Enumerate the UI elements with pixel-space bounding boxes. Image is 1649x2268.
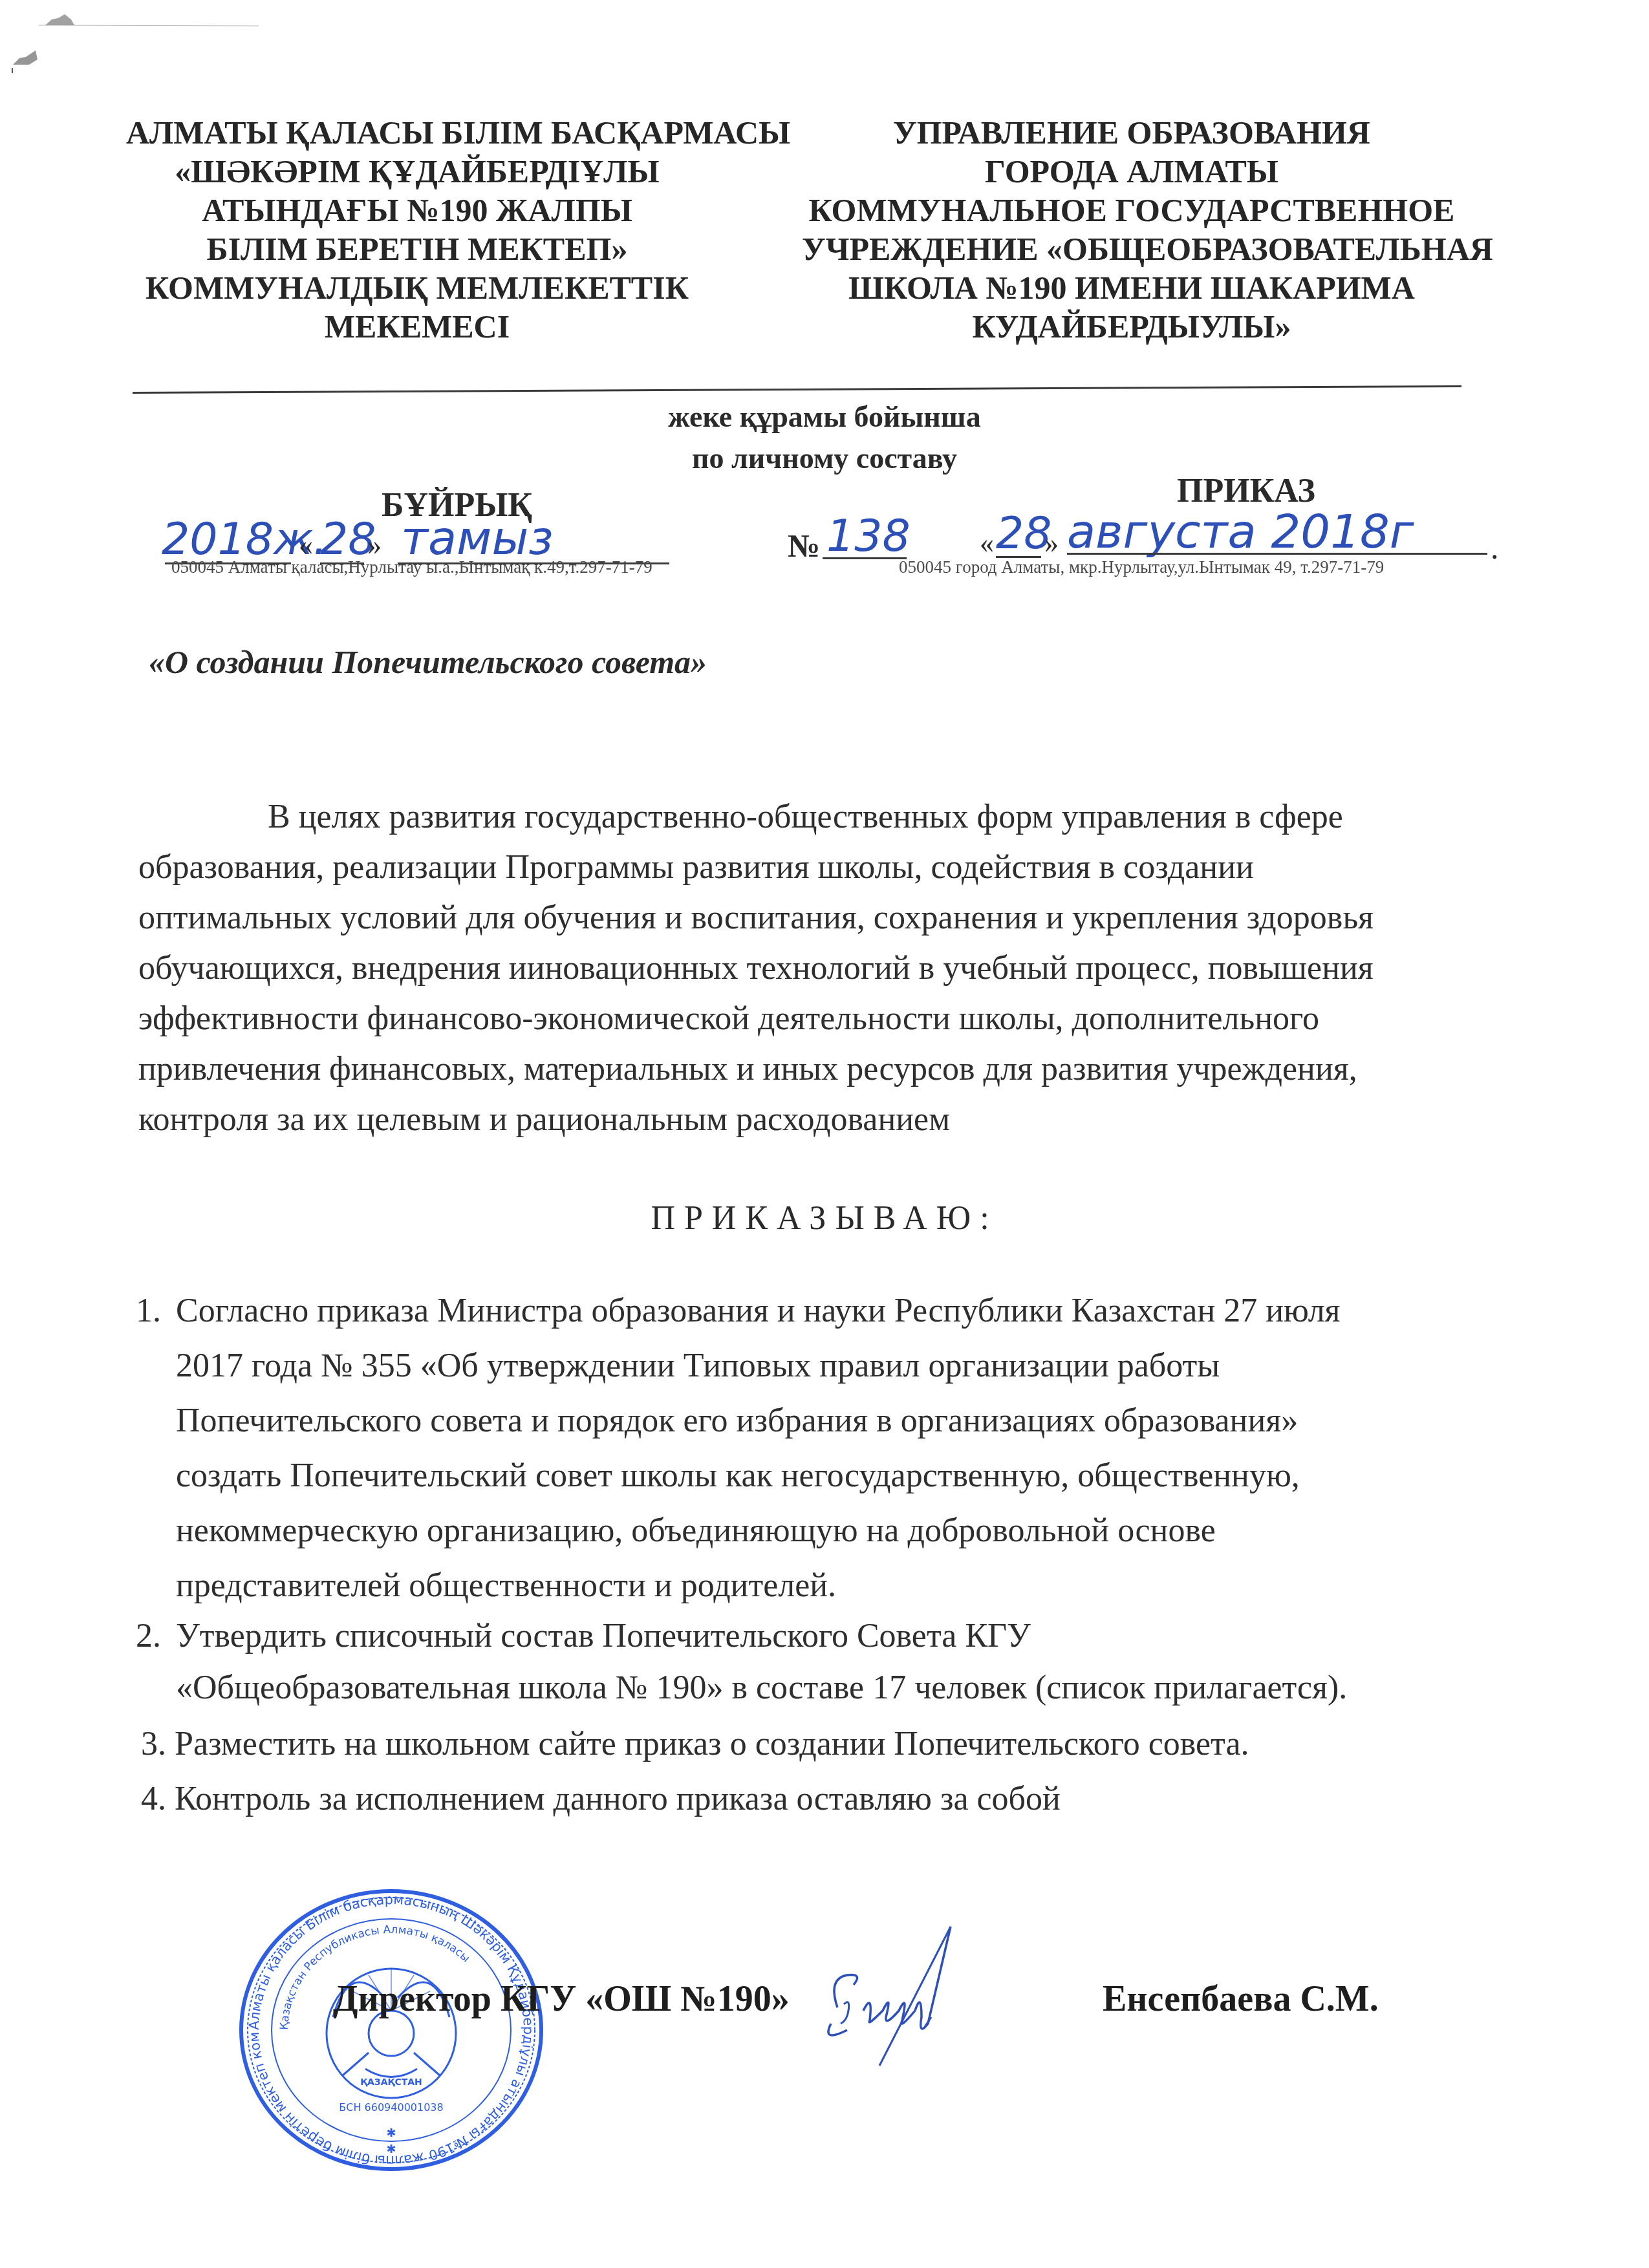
item-number: 3. [141,1726,166,1762]
preamble-line: образования, реализации Программы развит… [138,842,1542,893]
header-kz-line: АТЫНДАҒЫ №190 ЖАЛПЫ [126,191,708,230]
list-item: 4. Контроль за исполнением данного прика… [136,1771,1347,1826]
item-text: Попечительского совета и порядок его изб… [136,1393,1347,1448]
handwritten-signature [802,1914,1015,2069]
signatory-name: Енсепбаева С.М. [1103,1978,1379,2020]
header-kz-line: МЕКЕМЕСІ [126,307,708,346]
order-items: 1.Согласно приказа Министра образования … [136,1283,1347,1826]
item-text: Утвердить списочный состав Попечительско… [176,1618,1031,1654]
item-text: 2017 года № 355 «Об утверждении Типовых … [136,1338,1347,1393]
item-text: некоммерческую организацию, объединяющую… [136,1503,1347,1558]
official-stamp: Алматы қаласы Білім басқармасының Шәкәрі… [236,1888,546,2172]
underline [1067,553,1487,555]
item-number: 1. [136,1283,176,1338]
header-ru: УПРАВЛЕНИЕ ОБРАЗОВАНИЯ ГОРОДА АЛМАТЫ КОМ… [802,113,1461,346]
preamble-line: В целях развития государственно-обществе… [138,792,1542,842]
preamble-line: контроля за их целевым и рациональным ра… [138,1095,1542,1145]
header-ru-line: ГОРОДА АЛМАТЫ [802,152,1461,191]
order-heading: ПРИКАЗЫВАЮ: [0,1199,1649,1237]
header-kz-line: АЛМАТЫ ҚАЛАСЫ БІЛІМ БАСҚАРМАСЫ [126,113,708,152]
item-text: создать Попечительский совет школы как н… [136,1448,1347,1503]
header-ru-line: УПРАВЛЕНИЕ ОБРАЗОВАНИЯ [802,113,1461,152]
item-text: Контроль за исполнением данного приказа … [175,1781,1061,1817]
item-number: 4. [141,1781,166,1817]
header-ru-line: УЧРЕЖДЕНИЕ «ОБЩЕОБРАЗОВАТЕЛЬНАЯ [802,230,1461,268]
quote-open: « [980,527,994,560]
svg-text:✱: ✱ [386,2126,396,2139]
list-item: 2.Утвердить списочный состав Попечительс… [136,1613,1347,1660]
item-text: «Общеобразовательная школа № 190» в сост… [136,1660,1347,1717]
item-text: Согласно приказа Министра образования и … [176,1292,1341,1329]
list-item: 3. Разместить на школьном сайте приказ о… [136,1717,1347,1771]
order-type-kz: жеке құрамы бойынша [0,400,1649,434]
order-number-prefix: № [788,527,820,564]
trailing-dot: . [1491,529,1499,566]
signatory-title: Директор КГУ «ОШ №190» [333,1978,790,2020]
item-number: 2. [136,1613,176,1660]
header-kz-line: «ШӘКӘРІМ ҚҰДАЙБЕРДІҰЛЫ [126,152,708,191]
address-kz: 050045 Алматы қаласы,Нурлытау ы.а.,Ынтым… [171,557,652,577]
preamble: В целях развития государственно-обществе… [138,792,1542,1145]
date-ru-day: 28 [996,508,1052,559]
scan-artifact [0,0,259,97]
header-ru-line: КУДАЙБЕРДЫУЛЫ» [802,307,1461,346]
quote-close: » [1044,527,1059,560]
list-item: 1.Согласно приказа Министра образования … [136,1283,1347,1338]
header-kz-line: БІЛІМ БЕРЕТІН МЕКТЕП» [126,230,708,268]
preamble-line: эффективности финансово-экономической де… [138,994,1542,1044]
header-ru-line: КОММУНАЛЬНОЕ ГОСУДАРСТВЕННОЕ [802,191,1461,230]
svg-text:✱: ✱ [386,2143,396,2156]
header-kz-line: КОММУНАЛДЫҚ МЕМЛЕКЕТТІК [126,268,708,307]
preamble-line: обучающихся, внедрения ииновационных тех… [138,943,1542,994]
order-number-value: 138 [826,511,911,562]
preamble-line: привлечения финансовых, материальных и и… [138,1044,1542,1095]
order-subject: «О создании Попечительского совета» [149,643,707,681]
order-type-ru: по личному составу [0,441,1649,475]
stamp-bin: БСН 660940001038 [339,2101,443,2113]
preamble-line: оптимальных условий для обучения и воспи… [138,893,1542,943]
header-kz: АЛМАТЫ ҚАЛАСЫ БІЛІМ БАСҚАРМАСЫ «ШӘКӘРІМ … [126,113,708,346]
item-text: Разместить на школьном сайте приказ о со… [175,1726,1249,1762]
stamp-emblem-label: ҚАЗАҚСТАН [360,2077,422,2088]
date-ru-month-year: августа 2018г [1067,504,1414,559]
underline [823,557,907,559]
item-text: представителей общественности и родителе… [136,1558,1347,1613]
address-ru: 050045 город Алматы, мкр.Нурлытау,ул.Ынт… [899,557,1384,577]
header-divider [133,385,1461,394]
header-ru-line: ШКОЛА №190 ИМЕНИ ШАКАРИМА [802,268,1461,307]
